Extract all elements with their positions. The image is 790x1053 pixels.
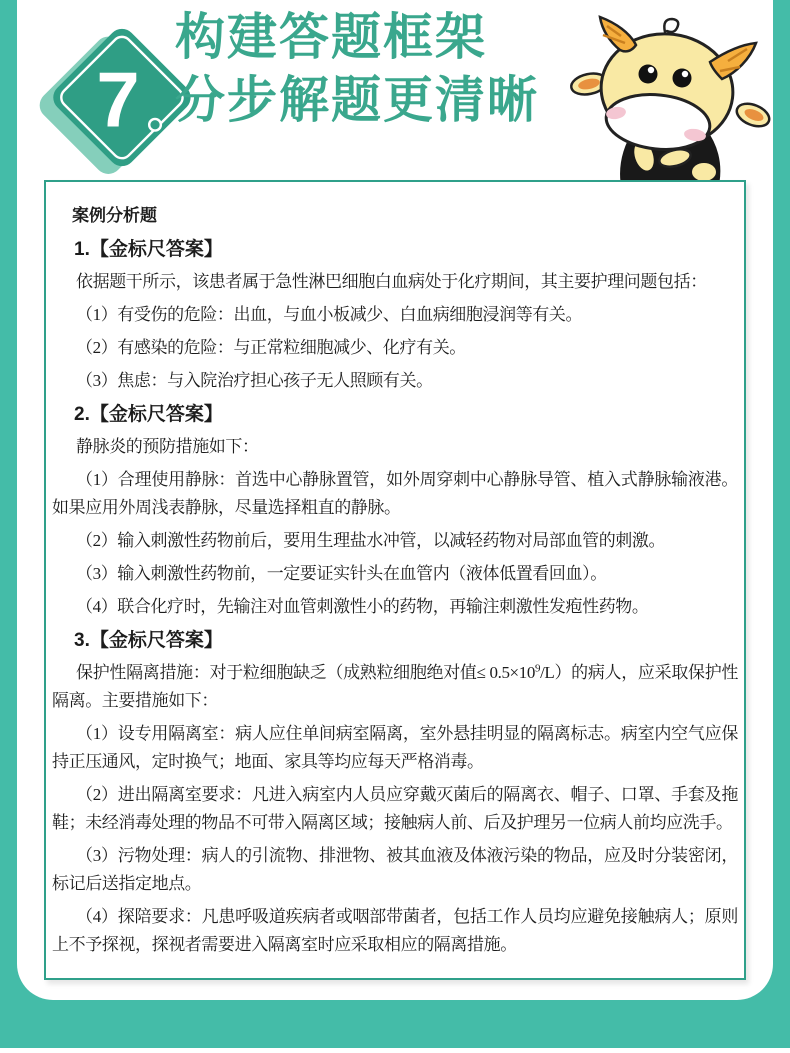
cow-mascot-icon: [562, 14, 777, 182]
book-page: 7 构建答题框架 分步解题更清晰: [17, 0, 773, 1000]
answer-paragraph: （2）进出隔离室要求：凡进入病室内人员应穿戴灭菌后的隔离衣、帽子、口罩、手套及拖…: [52, 781, 738, 837]
answer-section-2: 2.【金标尺答案】 静脉炎的预防措施如下： （1）合理使用静脉：首选中心静脉置管…: [52, 401, 738, 621]
answer-paragraph: （4）探陪要求：凡患呼吸道疾病者或咽部带菌者，包括工作人员均应避免接触病人；原则…: [52, 903, 738, 959]
answer-section-3: 3.【金标尺答案】 保护性隔离措施：对于粒细胞缺乏（成熟粒细胞绝对值≤ 0.5×…: [52, 627, 738, 959]
answer-paragraph: （1）有受伤的危险：出血，与血小板减少、白血病细胞浸润等有关。: [52, 301, 738, 329]
answer-paragraph: 依据题干所示，该患者属于急性淋巴细胞白血病处于化疗期间，其主要护理问题包括：: [52, 268, 738, 296]
answer-paragraph: （1）合理使用静脉：首选中心静脉置管，如外周穿刺中心静脉导管、植入式静脉输液港。…: [52, 466, 738, 522]
answer-paragraph: （1）设专用隔离室：病人应住单间病室隔离，室外悬挂明显的隔离标志。病室内空气应保…: [52, 720, 738, 776]
answer-heading: 2.【金标尺答案】: [74, 401, 738, 429]
badge-corner-dot: [149, 119, 161, 131]
answer-paragraph: （2）有感染的危险：与正常粒细胞减少、化疗有关。: [52, 334, 738, 362]
bottom-page-edge: [0, 1048, 790, 1053]
answer-section-1: 1.【金标尺答案】 依据题干所示，该患者属于急性淋巴细胞白血病处于化疗期间，其主…: [52, 236, 738, 395]
answer-paragraph: （3）污物处理：病人的引流物、排泄物、被其血液及体液污染的物品，应及时分装密闭，…: [52, 842, 738, 898]
answer-heading: 1.【金标尺答案】: [74, 236, 738, 264]
answer-paragraph-with-formula: 保护性隔离措施：对于粒细胞缺乏（成熟粒细胞绝对值≤ 0.5×109/L）的病人，…: [52, 659, 738, 715]
answer-paragraph: （3）焦虑：与入院治疗担心孩子无人照顾有关。: [52, 367, 738, 395]
answer-paragraph: （3）输入刺激性药物前，一定要证实针头在血管内（液体低置看回血）。: [52, 560, 738, 588]
case-type-label: 案例分析题: [72, 202, 738, 230]
formula-pre-text: 保护性隔离措施：对于粒细胞缺乏（成熟粒细胞绝对值≤ 0.5×10: [76, 663, 535, 682]
chapter-number: 7: [96, 58, 139, 144]
answer-paragraph: 静脉炎的预防措施如下：: [52, 433, 738, 461]
answer-heading: 3.【金标尺答案】: [74, 627, 738, 655]
answer-card: 案例分析题 1.【金标尺答案】 依据题干所示，该患者属于急性淋巴细胞白血病处于化…: [44, 180, 746, 980]
answer-paragraph: （4）联合化疗时，先输注对血管刺激性小的药物，再输注刺激性发疱性药物。: [52, 593, 738, 621]
answer-paragraph: （2）输入刺激性药物前后，要用生理盐水冲管，以减轻药物对局部血管的刺激。: [52, 527, 738, 555]
